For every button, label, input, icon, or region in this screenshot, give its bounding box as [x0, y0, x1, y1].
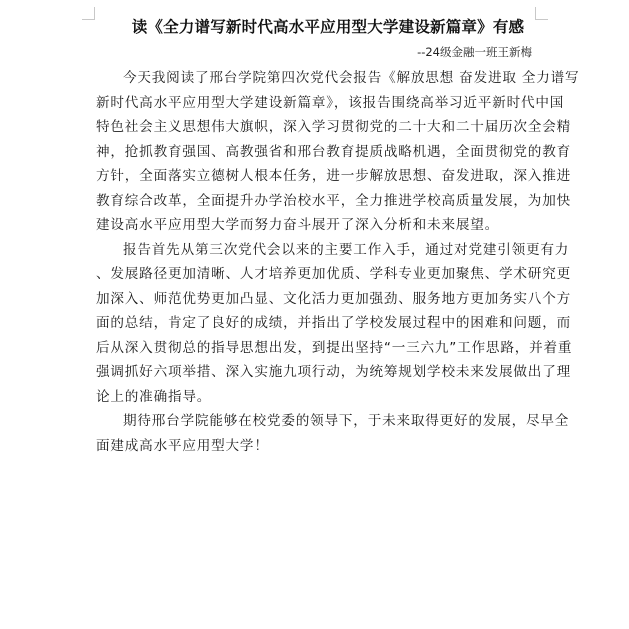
- paragraph-line: 后从深入贯彻总的指导思想出发，到提出坚持“一三六九”工作思路，并着重: [96, 336, 560, 361]
- paragraph-line: 、发展路径更加清晰、人才培养更加优质、学科专业更加聚焦、学术研究更: [96, 262, 560, 287]
- paragraph-1: 今天我阅读了邢台学院第四次党代会报告《解放思想 奋发进取 全力谱写 新时代高水平…: [96, 66, 560, 238]
- paragraph-line: 神，抢抓教育强国、高教强省和邢台教育提质战略机遇，全面贯彻党的教育: [96, 140, 560, 165]
- document-title: 读《全力谱写新时代高水平应用型大学建设新篇章》有感: [96, 17, 560, 37]
- paragraph-line: 报告首先从第三次党代会以来的主要工作入手，通过对党建引领更有力: [96, 238, 560, 263]
- paragraph-line: 新时代高水平应用型大学建设新篇章》，该报告围绕高举习近平新时代中国: [96, 91, 560, 116]
- paragraph-line: 强调抓好六项举措、深入实施九项行动，为统筹规划学校未来发展做出了理: [96, 360, 560, 385]
- paragraph-line: 特色社会主义思想伟大旗帜，深入学习贯彻党的二十大和二十届历次全会精: [96, 115, 560, 140]
- paragraph-line: 方针，全面落实立德树人根本任务，进一步解放思想、奋发进取，深入推进: [96, 164, 560, 189]
- paragraph-line: 教育综合改革，全面提升办学治校水平，全力推进学校高质量发展，为加快: [96, 189, 560, 214]
- document-body: 今天我阅读了邢台学院第四次党代会报告《解放思想 奋发进取 全力谱写 新时代高水平…: [96, 66, 560, 458]
- margin-corner-mark-top-left: [82, 7, 95, 20]
- paragraph-line: 面的总结，肯定了良好的成绩，并指出了学校发展过程中的困难和问题，而: [96, 311, 560, 336]
- paragraph-line: 面建成高水平应用型大学！: [96, 434, 560, 459]
- paragraph-3: 期待邢台学院能够在校党委的领导下，于未来取得更好的发展，尽早全 面建成高水平应用…: [96, 409, 560, 458]
- paragraph-line: 加深入、师范优势更加凸显、文化活力更加强劲、服务地方更加务实八个方: [96, 287, 560, 312]
- paragraph-line: 论上的准确指导。: [96, 385, 560, 410]
- paragraph-2: 报告首先从第三次党代会以来的主要工作入手，通过对党建引领更有力 、发展路径更加清…: [96, 238, 560, 410]
- author-byline: --24级金融一班王新梅: [417, 44, 532, 60]
- paragraph-line: 建设高水平应用型大学而努力奋斗展开了深入分析和未来展望。: [96, 213, 560, 238]
- document-page: 读《全力谱写新时代高水平应用型大学建设新篇章》有感 --24级金融一班王新梅 今…: [0, 0, 629, 629]
- paragraph-line: 期待邢台学院能够在校党委的领导下，于未来取得更好的发展，尽早全: [96, 409, 560, 434]
- paragraph-line: 今天我阅读了邢台学院第四次党代会报告《解放思想 奋发进取 全力谱写: [96, 66, 560, 91]
